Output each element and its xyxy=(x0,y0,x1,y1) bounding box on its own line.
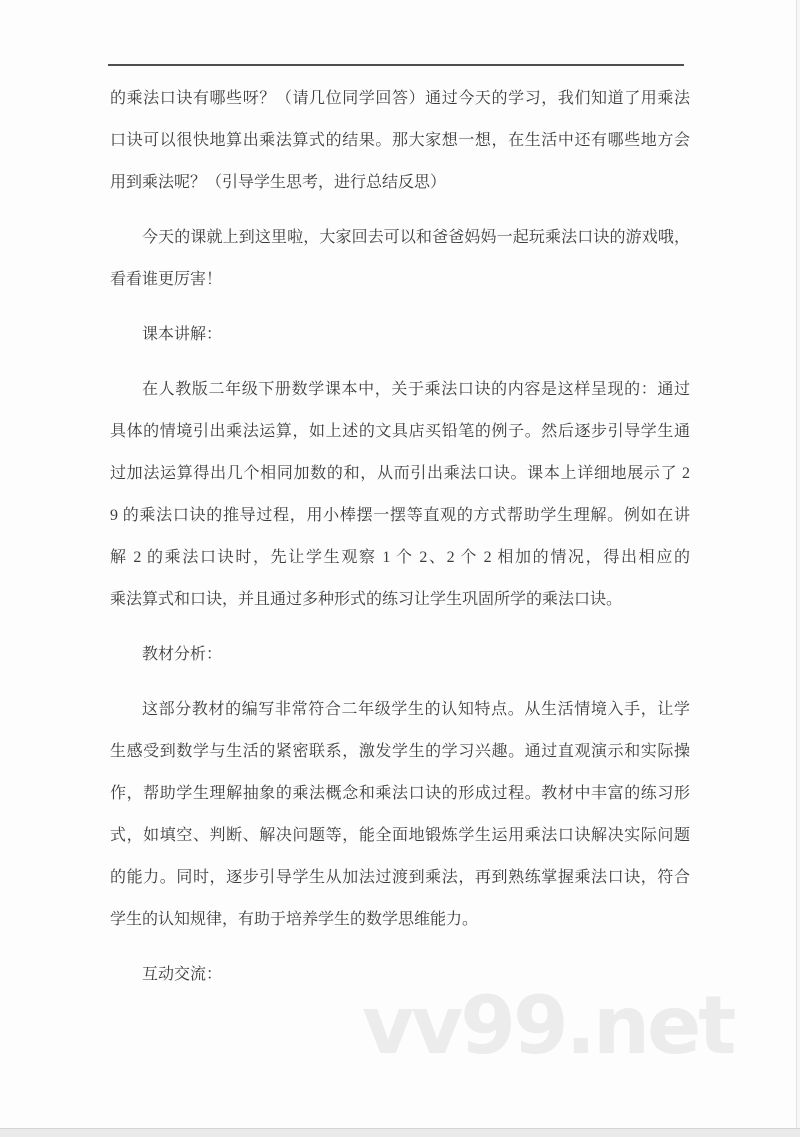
document-page: 的乘法口诀有哪些呀？（请几位同学回答）通过今天的学习，我们知道了用乘法 口诀可以… xyxy=(0,0,800,1137)
paragraph-intro: 的乘法口诀有哪些呀？（请几位同学回答）通过今天的学习，我们知道了用乘法 口诀可以… xyxy=(110,78,690,204)
heading-analysis: 教材分析： xyxy=(110,634,690,676)
text-line: 这部分教材的编写非常符合二年级学生的认知特点。从生活情境入手，让学 xyxy=(110,689,690,731)
text-line: 具体的情境引出乘法运算，如上述的文具店买铅笔的例子。然后逐步引导学生通 xyxy=(110,411,690,453)
text-line: 在人教版二年级下册数学课本中，关于乘法口诀的内容是这样呈现的：通过 xyxy=(110,369,690,411)
text-line: 看看谁更厉害！ xyxy=(110,259,690,301)
text-line: 生感受到数学与生活的紧密联系，激发学生的学习兴趣。通过直观演示和实际操 xyxy=(110,731,690,773)
paragraph-analysis: 这部分教材的编写非常符合二年级学生的认知特点。从生活情境入手，让学 生感受到数学… xyxy=(110,689,690,941)
text-line: 口诀可以很快地算出乘法算式的结果。那大家想一想，在生活中还有哪些地方会 xyxy=(110,120,690,162)
text-line: 9 的乘法口诀的推导过程，用小棒摆一摆等直观的方式帮助学生理解。例如在讲 xyxy=(110,495,690,537)
heading-text: 教材分析： xyxy=(110,634,690,676)
text-line: 乘法算式和口诀，并且通过多种形式的练习让学生巩固所学的乘法口诀。 xyxy=(110,579,690,621)
text-line: 式，如填空、判断、解决问题等，能全面地锻炼学生运用乘法口诀解决实际问题 xyxy=(110,815,690,857)
heading-textbook: 课本讲解： xyxy=(110,314,690,356)
text-line: 的能力。同时，逐步引导学生从加法过渡到乘法，再到熟练掌握乘法口诀，符合 xyxy=(110,857,690,899)
text-line: 用到乘法呢？（引导学生思考，进行总结反思） xyxy=(110,162,690,204)
text-line: 作，帮助学生理解抽象的乘法概念和乘法口诀的形成过程。教材中丰富的练习形 xyxy=(110,773,690,815)
page-bottom-gap xyxy=(0,1128,800,1137)
document-body: 的乘法口诀有哪些呀？（请几位同学回答）通过今天的学习，我们知道了用乘法 口诀可以… xyxy=(110,78,690,996)
text-line: 的乘法口诀有哪些呀？（请几位同学回答）通过今天的学习，我们知道了用乘法 xyxy=(110,78,690,120)
heading-text: 课本讲解： xyxy=(110,314,690,356)
text-line: 过加法运算得出几个相同加数的和，从而引出乘法口诀。课本上详细地展示了 2 xyxy=(110,453,690,495)
page-right-edge xyxy=(796,0,800,1129)
watermark: vv99.net xyxy=(362,986,733,1066)
paragraph-textbook: 在人教版二年级下册数学课本中，关于乘法口诀的内容是这样呈现的：通过 具体的情境引… xyxy=(110,369,690,621)
paragraph-goodbye: 今天的课就上到这里啦，大家回去可以和爸爸妈妈一起玩乘法口诀的游戏哦， 看看谁更厉… xyxy=(110,217,690,301)
text-line: 今天的课就上到这里啦，大家回去可以和爸爸妈妈一起玩乘法口诀的游戏哦， xyxy=(110,217,690,259)
text-line: 学生的认知规律，有助于培养学生的数学思维能力。 xyxy=(110,899,690,941)
header-rule xyxy=(108,64,684,66)
text-line: 解 2 的乘法口诀时，先让学生观察 1 个 2、2 个 2 相加的情况，得出相应… xyxy=(110,537,690,579)
